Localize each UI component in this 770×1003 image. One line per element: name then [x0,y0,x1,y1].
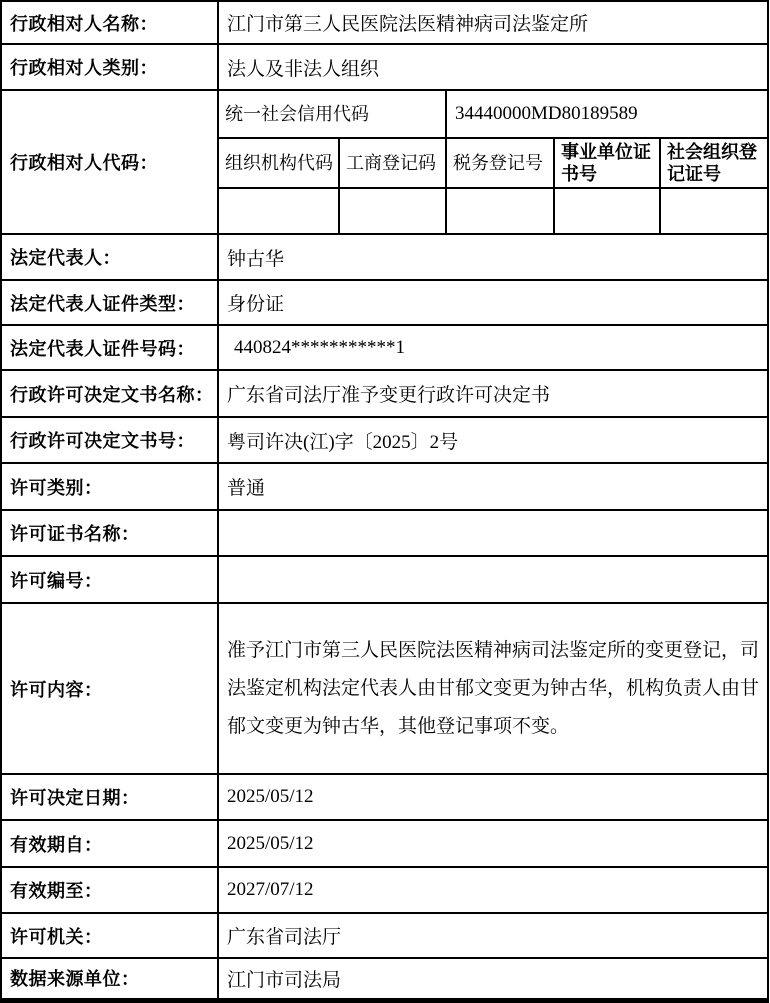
table-row: 许可编号： [1,556,768,603]
row-label-decision-date: 许可决定日期： [1,774,218,820]
row-value-decision-date: 2025/05/12 [218,774,768,820]
row-label-legal-representative: 法定代表人： [1,234,218,280]
row-value-license-cert-name [218,510,768,556]
table-row: 行政相对人代码： 统一社会信用代码 34440000MD80189589 [1,90,768,138]
institution-cert-value [554,188,660,234]
row-label-legal-rep-id-type: 法定代表人证件类型： [1,280,218,325]
row-label-license-number: 许可编号： [1,556,218,603]
table-row: 行政许可决定文书号： 粤司许决(江)字〔2025〕2号 [1,417,768,463]
row-value-subject-name: 江门市第三人民医院法医精神病司法鉴定所 [218,1,768,44]
row-label-subject-name: 行政相对人名称： [1,1,218,44]
row-label-subject-type: 行政相对人类别： [1,44,218,90]
license-info-table: 行政相对人名称： 江门市第三人民医院法医精神病司法鉴定所 行政相对人类别： 法人… [0,0,769,1003]
table-row: 许可内容： 准予江门市第三人民医院法医精神病司法鉴定所的变更登记，司法鉴定机构法… [1,603,768,774]
row-value-license-number [218,556,768,603]
row-label-decision-doc-number: 行政许可决定文书号： [1,417,218,463]
table-row: 有效期自： 2025/05/12 [1,820,768,867]
row-label-data-source-unit: 数据来源单位： [1,958,218,1000]
row-label-legal-rep-id-number: 法定代表人证件号码： [1,325,218,370]
row-label-valid-to: 有效期至： [1,867,218,913]
org-code-value [218,188,339,234]
table-row: 行政相对人名称： 江门市第三人民医院法医精神病司法鉴定所 [1,1,768,44]
social-org-cert-header: 社会组织登记证号 [660,138,768,188]
table-row: 法定代表人证件号码： 440824***********1 [1,325,768,370]
tax-reg-header: 税务登记号 [446,138,554,188]
row-label-license-category: 许可类别： [1,463,218,510]
row-value-legal-rep-id-number: 440824***********1 [218,325,768,370]
row-label-license-content: 许可内容： [1,603,218,774]
table-row: 许可决定日期： 2025/05/12 [1,774,768,820]
table-row: 法定代表人证件类型： 身份证 [1,280,768,325]
row-value-decision-doc-number: 粤司许决(江)字〔2025〕2号 [218,417,768,463]
row-label-licensing-authority: 许可机关： [1,913,218,958]
row-label-license-cert-name: 许可证书名称： [1,510,218,556]
table-row: 数据来源单位： 江门市司法局 [1,958,768,1000]
credit-code-label: 统一社会信用代码 [218,90,446,138]
table-row: 许可证书名称： [1,510,768,556]
row-value-subject-type: 法人及非法人组织 [218,44,768,90]
row-value-decision-doc-name: 广东省司法厅准予变更行政许可决定书 [218,370,768,417]
row-value-legal-representative: 钟古华 [218,234,768,280]
row-value-license-content: 准予江门市第三人民医院法医精神病司法鉴定所的变更登记，司法鉴定机构法定代表人由甘… [218,603,768,774]
table-row: 许可机关： 广东省司法厅 [1,913,768,958]
table-row: 行政许可决定文书名称： 广东省司法厅准予变更行政许可决定书 [1,370,768,417]
row-label-valid-from: 有效期自： [1,820,218,867]
row-value-data-source-unit: 江门市司法局 [218,958,768,1000]
row-value-valid-from: 2025/05/12 [218,820,768,867]
social-org-cert-value [660,188,768,234]
org-code-header: 组织机构代码 [218,138,339,188]
business-reg-value [339,188,446,234]
row-value-legal-rep-id-type: 身份证 [218,280,768,325]
table-row: 许可类别： 普通 [1,463,768,510]
table-row: 行政相对人类别： 法人及非法人组织 [1,44,768,90]
row-value-license-category: 普通 [218,463,768,510]
business-reg-header: 工商登记码 [339,138,446,188]
tax-reg-value [446,188,554,234]
table-row: 法定代表人： 钟古华 [1,234,768,280]
row-label-decision-doc-name: 行政许可决定文书名称： [1,370,218,417]
row-label-subject-code: 行政相对人代码： [1,90,218,234]
institution-cert-header: 事业单位证书号 [554,138,660,188]
row-value-valid-to: 2027/07/12 [218,867,768,913]
row-value-licensing-authority: 广东省司法厅 [218,913,768,958]
credit-code-value: 34440000MD80189589 [446,90,768,138]
table-row: 有效期至： 2027/07/12 [1,867,768,913]
